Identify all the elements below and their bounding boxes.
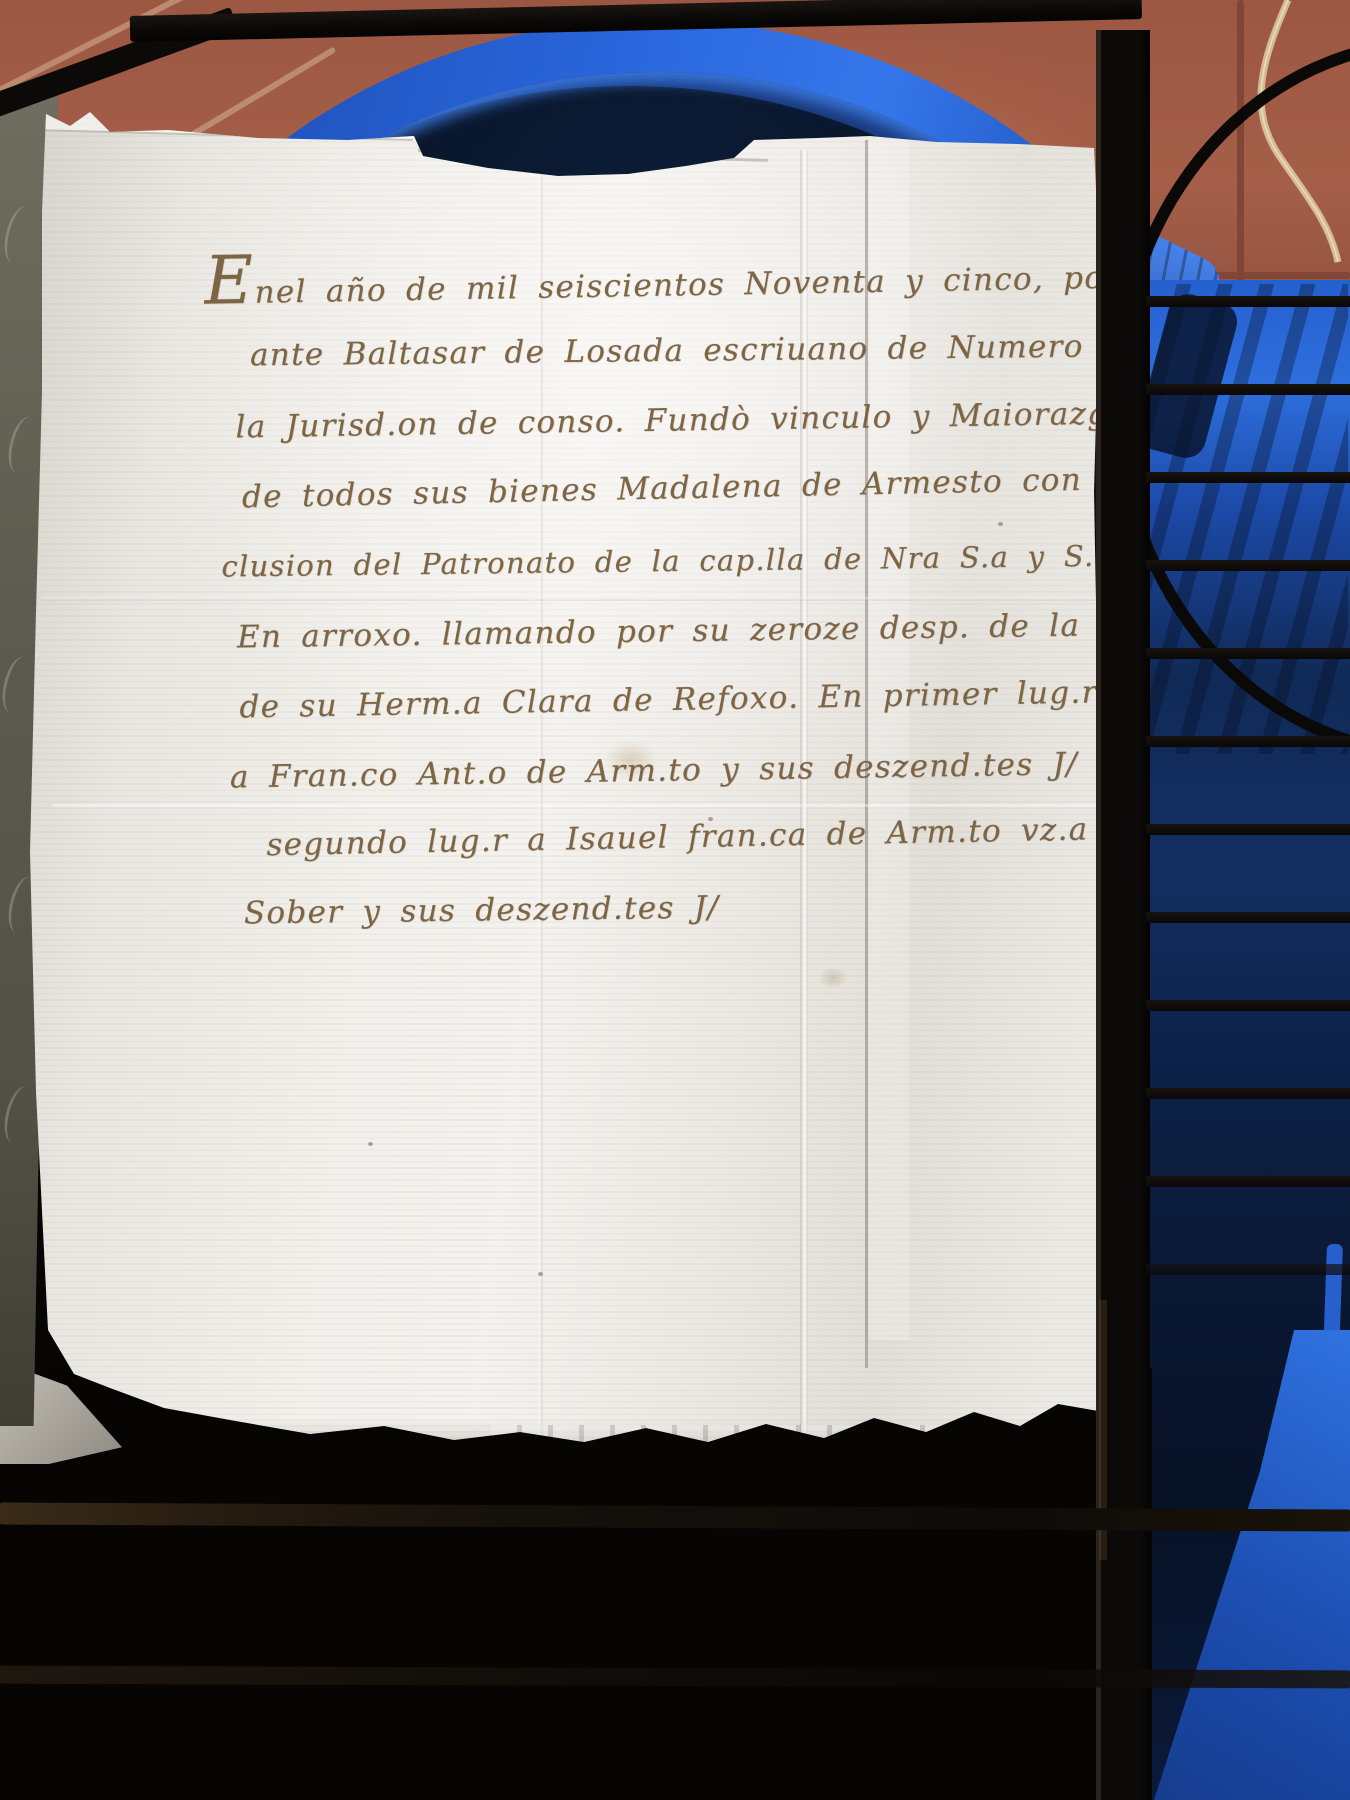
metal-rung	[1146, 1264, 1350, 1275]
manuscript-line: a Fran.co Ant.o de Arm.to y sus deszend.…	[230, 748, 1143, 793]
metal-rung	[1146, 384, 1350, 395]
barrel-bottom-highlight	[1150, 1330, 1350, 1800]
manuscript-line: Enel año de mil seiscientos Noventa y ci…	[204, 249, 1120, 310]
faded-script-mark	[0, 1084, 40, 1147]
manuscript-paper: Enel año de mil seiscientos Noventa y ci…	[18, 92, 1143, 1487]
manuscript-line: clusion del Patronato de la cap.lla de N…	[221, 541, 1186, 582]
manuscript-line: la Jurisd.on de conso. Fundò vinculo y M…	[235, 398, 1128, 443]
manuscript-text: Enel año de mil seiscientos Noventa y ci…	[13, 88, 1148, 1491]
metal-rung	[1146, 912, 1350, 923]
faded-script-mark	[0, 654, 38, 717]
metal-rung	[1146, 824, 1350, 835]
faded-script-mark	[0, 204, 40, 267]
photo-of-manuscript-on-barrel: Enel año de mil seiscientos Noventa y ci…	[0, 0, 1350, 1800]
metal-rung	[1146, 1088, 1350, 1099]
manuscript-line: ante Baltasar de Losada escriuano de Num…	[250, 331, 1144, 371]
faded-script-mark	[3, 414, 43, 477]
manuscript-line: Sober y sus deszend.tes J/	[244, 893, 720, 930]
metal-rung	[1146, 648, 1350, 659]
manuscript-line: de todos sus bienes Madalena de Armesto …	[242, 464, 1134, 514]
metal-rung	[1146, 296, 1350, 307]
manuscript-line: segundo lug.r a Isauel fran.ca de Arm.to…	[266, 813, 1149, 861]
metal-rung	[1146, 1176, 1350, 1187]
manuscript-line: de su Herm.a Clara de Refoxo. En primer …	[239, 677, 1098, 723]
metal-rung	[1146, 472, 1350, 483]
metal-rung	[1146, 736, 1350, 747]
metal-rung	[1146, 560, 1350, 571]
metal-rung	[1146, 1000, 1350, 1011]
manuscript-line: En arroxo. llamando por su zeroze desp. …	[237, 609, 1175, 653]
